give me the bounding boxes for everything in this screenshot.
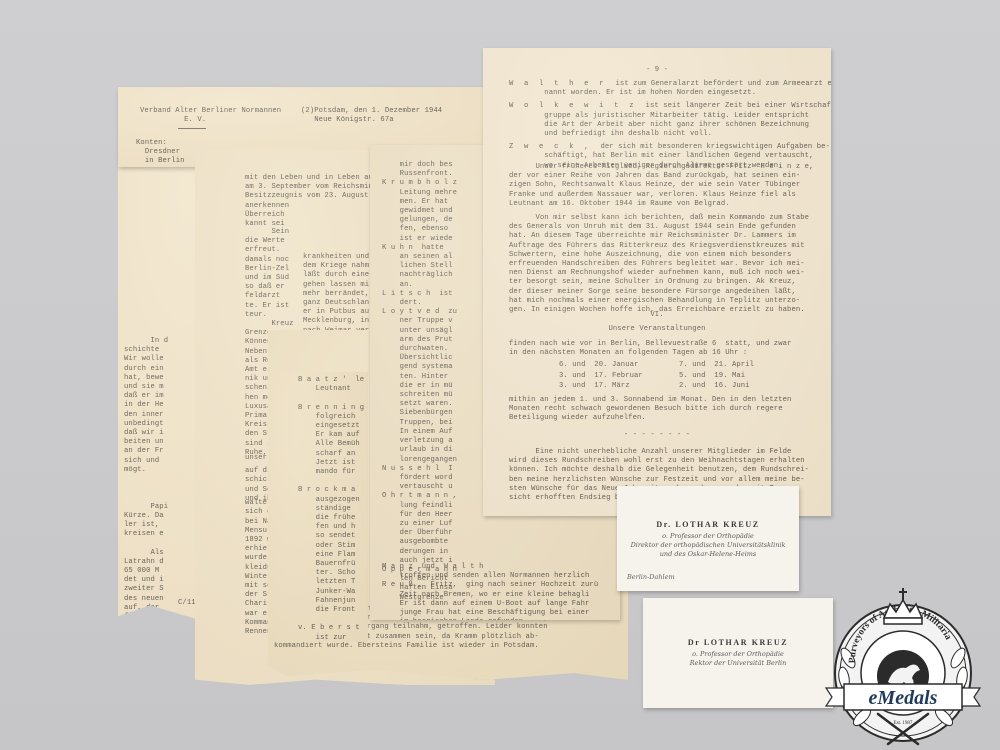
paragraph-self: Von mir selbst kann ich berichten, daß m… (509, 214, 809, 315)
event-date: 6. und 20. Januar (559, 361, 638, 370)
section-divider: - - - - - - - - (483, 431, 831, 440)
event-date: 3. und 17. Februar (559, 372, 643, 381)
card-2-line-1: o. Professor der Orthopädie (643, 650, 833, 659)
member-entry: W o l k e w i t z ist seit längerer Zeit… (509, 102, 831, 139)
place-date: (2)Potsdam, den 1. Dezember 1944 Neue Kö… (301, 107, 442, 125)
card-2-name: Dr LOTHAR KREUZ (643, 638, 833, 647)
event-date: 7. und 21. April (679, 361, 754, 370)
member-name: W a l t h e r (509, 80, 607, 88)
card-2-line-2: Rektor der Universität Berlin (643, 659, 833, 668)
event-date: 5. und 19. Mai (679, 372, 745, 381)
events-outro: mithin an jedem 1. und 3. Sonnabend im M… (509, 396, 791, 424)
header-rule (178, 128, 206, 129)
card-1-location: Berlin-Dahlem (627, 573, 675, 581)
section-number: VI. (483, 311, 831, 320)
business-card-rektor: Dr LOTHAR KREUZ o. Professor der Orthopä… (643, 598, 833, 708)
event-date: 2. und 16. Juni (679, 382, 750, 391)
events-intro: finden nach wie vor in Berlin, Bellevues… (509, 340, 791, 358)
business-card-berlin-dahlem: Dr. LOTHAR KREUZ o. Professor der Orthop… (617, 486, 799, 591)
event-date: 3. und 17. März (559, 382, 630, 391)
paragraph-heinze: Unser früheres Mitglied, Regierungsdirek… (509, 163, 814, 209)
emedals-watermark-logo: Purveyors of Authentic Militaria eMedals… (818, 578, 988, 748)
card-1-line-1: o. Professor der Orthopädie (617, 532, 799, 541)
crown-icon (884, 588, 922, 624)
member-entry: W a l t h e r ist zum Generalarzt beförd… (509, 80, 831, 98)
member-name: Z w e c k , (509, 143, 592, 151)
member-name: W o l k e w i t z (509, 102, 637, 110)
card-1-line-3: und des Oskar-Helene-Heims (617, 550, 799, 559)
members-bottom-entries: M a n z und W a l t h troffen und senden… (382, 563, 598, 620)
letter-sheet-page-9: - 9 - W a l t h e r ist zum Generalarzt … (483, 48, 831, 516)
sender-association: Verband Alter Berliner Normannen E. V. (140, 107, 281, 125)
konten-block: Konten: Dresdner in Berlin Postschec (136, 139, 185, 167)
section-title: Unsere Veranstaltungen (483, 325, 831, 334)
card-1-name: Dr. LOTHAR KREUZ (617, 520, 799, 529)
card-1-line-2: Direktor der orthopädischen Universitäts… (617, 541, 799, 550)
first-page-body-fragment: In d schichte Wir wolle durch ein hat, b… (124, 337, 168, 627)
page-entries-fragment: B a a t z ' le Leutnant B r e n n i n g … (298, 376, 368, 642)
members-entries-fragment: mir doch bes Russenfront. K r u m b h o … (382, 161, 457, 603)
brand-name: eMedals (869, 687, 938, 709)
page-number-9: - 9 - (483, 66, 831, 75)
letter-sheet-entries-column: B a a t z ' le Leutnant B r e n n i n g … (268, 372, 368, 642)
established-year: Est. 1987 (894, 721, 913, 726)
